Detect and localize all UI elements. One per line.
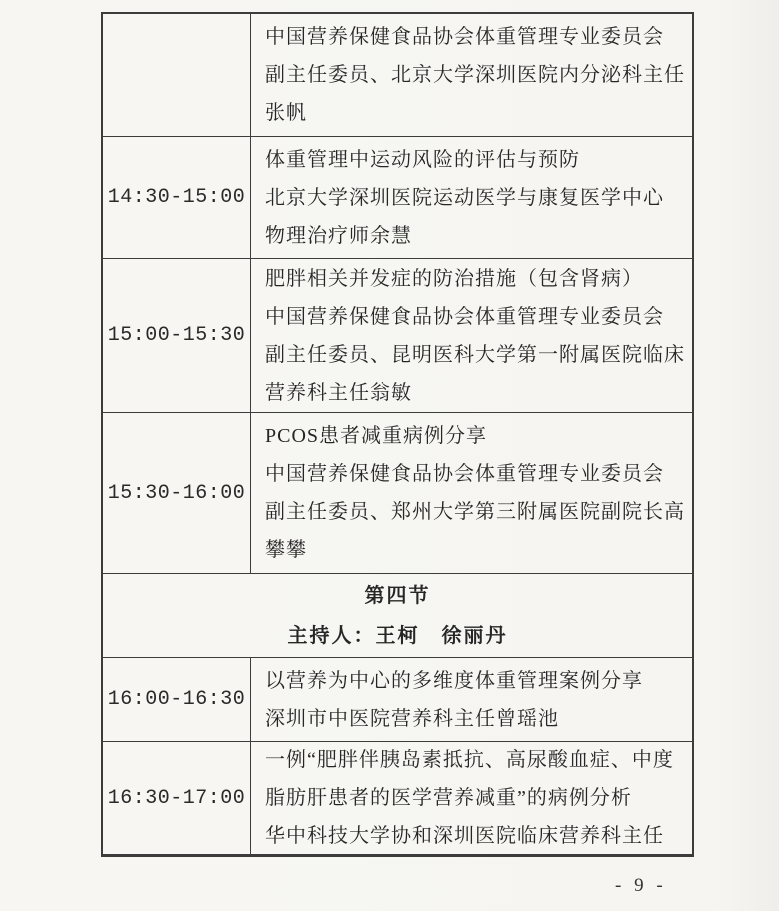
content-line: 华中科技大学协和深圳医院临床营养科主任 [265, 817, 684, 855]
table-row: 中国营养保健食品协会体重管理专业委员会 副主任委员、北京大学深圳医院内分泌科主任… [103, 14, 692, 137]
time-label: 16:00-16:30 [108, 688, 246, 711]
time-cell: 16:30-17:00 [103, 742, 251, 854]
agenda-table: 中国营养保健食品协会体重管理专业委员会 副主任委员、北京大学深圳医院内分泌科主任… [101, 12, 694, 857]
content-line: 北京大学深圳医院运动医学与康复医学中心 [265, 179, 684, 217]
content-line: 体重管理中运动风险的评估与预防 [265, 141, 684, 179]
time-cell: 15:30-16:00 [103, 413, 251, 573]
content-line: 中国营养保健食品协会体重管理专业委员会 [265, 455, 685, 493]
content-cell: 肥胖相关并发症的防治措施（包含肾病） 中国营养保健食品协会体重管理专业委员会 副… [251, 259, 693, 412]
content-line: PCOS患者减重病例分享 [265, 417, 685, 455]
time-cell: 16:00-16:30 [103, 658, 251, 741]
time-label: 15:30-16:00 [108, 482, 246, 505]
table-row: 16:00-16:30 以营养为中心的多维度体重管理案例分享 深圳市中医院营养科… [103, 658, 692, 742]
time-cell: 14:30-15:00 [103, 137, 251, 258]
content-line: 以营养为中心的多维度体重管理案例分享 [265, 662, 684, 700]
content-line: 副主任委员、郑州大学第三附属医院副院长高 [265, 493, 685, 531]
content-line: 肥胖相关并发症的防治措施（包含肾病） [265, 260, 685, 298]
time-label: 16:30-17:00 [108, 787, 246, 810]
table-row: 14:30-15:00 体重管理中运动风险的评估与预防 北京大学深圳医院运动医学… [103, 137, 692, 259]
section-header-row: 第四节 主持人：王柯 徐丽丹 [103, 574, 692, 658]
section-title: 第四节 [365, 576, 431, 616]
content-cell: 体重管理中运动风险的评估与预防 北京大学深圳医院运动医学与康复医学中心 物理治疗… [251, 137, 692, 258]
content-line: 中国营养保健食品协会体重管理专业委员会 [265, 18, 685, 56]
content-cell: 一例“肥胖伴胰岛素抵抗、高尿酸血症、中度 脂肪肝患者的医学营养减重”的病例分析 … [251, 742, 692, 854]
content-line: 副主任委员、北京大学深圳医院内分泌科主任 [265, 56, 685, 94]
table-row: 16:30-17:00 一例“肥胖伴胰岛素抵抗、高尿酸血症、中度 脂肪肝患者的医… [103, 742, 692, 854]
content-cell: 以营养为中心的多维度体重管理案例分享 深圳市中医院营养科主任曾瑶池 [251, 658, 692, 741]
content-line: 营养科主任翁敏 [265, 374, 685, 412]
scanned-document-page: 中国营养保健食品协会体重管理专业委员会 副主任委员、北京大学深圳医院内分泌科主任… [0, 0, 779, 911]
table-row: 15:00-15:30 肥胖相关并发症的防治措施（包含肾病） 中国营养保健食品协… [103, 259, 692, 413]
section-hosts: 主持人：王柯 徐丽丹 [288, 616, 508, 656]
page-number: - 9 - [615, 875, 667, 897]
content-line: 中国营养保健食品协会体重管理专业委员会 [265, 298, 685, 336]
section-header-cell: 第四节 主持人：王柯 徐丽丹 [103, 574, 692, 657]
content-line: 一例“肥胖伴胰岛素抵抗、高尿酸血症、中度 [265, 741, 684, 779]
content-line: 深圳市中医院营养科主任曾瑶池 [265, 700, 684, 738]
content-cell: PCOS患者减重病例分享 中国营养保健食品协会体重管理专业委员会 副主任委员、郑… [251, 413, 693, 573]
content-cell: 中国营养保健食品协会体重管理专业委员会 副主任委员、北京大学深圳医院内分泌科主任… [251, 14, 693, 136]
table-row: 15:30-16:00 PCOS患者减重病例分享 中国营养保健食品协会体重管理专… [103, 413, 692, 574]
time-cell [103, 14, 251, 136]
content-line: 副主任委员、昆明医科大学第一附属医院临床 [265, 336, 685, 374]
time-cell: 15:00-15:30 [103, 259, 251, 412]
time-label: 14:30-15:00 [108, 186, 246, 209]
content-line: 攀攀 [265, 531, 685, 569]
content-line: 张帆 [265, 94, 685, 132]
time-label: 15:00-15:30 [108, 324, 246, 347]
content-line: 物理治疗师余慧 [265, 217, 684, 255]
content-line: 脂肪肝患者的医学营养减重”的病例分析 [265, 779, 684, 817]
